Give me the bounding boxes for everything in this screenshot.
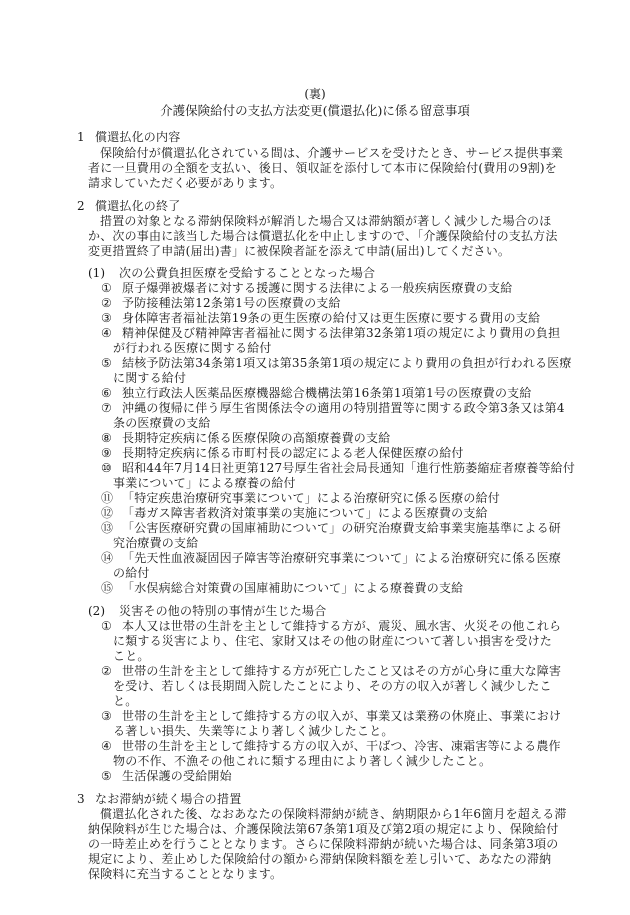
subsection-2-heading: 災害その他の特別の事情が生じた場合: [119, 604, 326, 618]
item-line: に関する給付: [113, 371, 186, 385]
section-1-number: 1: [77, 130, 85, 144]
section-2-heading: 償還払化の終了: [95, 199, 180, 213]
item-mark: ④: [101, 326, 112, 340]
item-line: 「毒ガス障害者救済対策事業の実施について」による医療費の支給: [122, 506, 488, 520]
item-line: 結核予防法第34条第1項又は第35条第1項の規定により費用の負担が行われる医療: [122, 356, 572, 370]
section-3-body-line: の一時差止めを行うこととなります。さらに保険料滞納が続いた場合は、同条第3項の: [88, 837, 558, 851]
subsection-1-heading: 次の公費負担医療を受給することとなった場合: [119, 266, 375, 280]
item-line: と。: [113, 694, 137, 708]
item-line: 条の医療費の支給: [113, 416, 211, 430]
item-mark: ⑬: [101, 521, 113, 535]
section-2-number: 2: [77, 199, 85, 213]
item-mark: ⑧: [101, 431, 112, 445]
item-line: が行われる医療に関する給付: [113, 341, 272, 355]
section-1-body-line: 保険給付が償還払化されている間は、介護サービスを受けたとき、サービス提供事業: [100, 146, 563, 160]
item-mark: ②: [101, 296, 112, 310]
section-3-heading: なお滞納が続く場合の措置: [95, 792, 241, 806]
item-line: る著しい損失、失業等により著しく減少したこと。: [113, 724, 394, 738]
item-line: 事業について」による療養の給付: [113, 476, 296, 490]
section-3-body-line: 償還払化された後、なおあなたの保険料滞納が続き、納期限から1年6箇月を超える滞: [100, 807, 567, 821]
item-mark: ⑫: [101, 506, 113, 520]
item-line: 長期特定疾病に係る医療保険の高額療養費の支給: [122, 431, 390, 445]
item-line: 世帯の生計を主として維持する方が死亡したこと又はその方が心身に重大な障害: [122, 664, 561, 678]
item-mark: ⑦: [101, 401, 112, 415]
item-mark: ⑪: [101, 491, 113, 505]
side-label: (裏): [0, 87, 630, 101]
item-mark: ⑥: [101, 386, 112, 400]
item-line: 独立行政法人医薬品医療機器総合機構法第16条第1項第1号の医療費の支給: [122, 386, 532, 400]
item-mark: ③: [101, 311, 112, 325]
subsection-1-number: (1): [88, 266, 105, 280]
item-line: 原子爆弾被爆者に対する援護に関する法律による一般疾病医療費の支給: [122, 281, 512, 295]
section-1-body-line: 請求していただく必要があります。: [88, 176, 282, 190]
item-line: 世帯の生計を主として維持する方の収入が、事業又は業務の休廃止、事業におけ: [122, 709, 561, 723]
item-mark: ①: [101, 619, 112, 633]
item-mark: ④: [101, 739, 112, 753]
item-mark: ⑨: [101, 446, 112, 460]
item-line: 「公害医療研究費の国庫補助について」の研究治療費支給事業実施基準による研: [122, 521, 561, 535]
item-line: こと。: [113, 649, 150, 663]
document-title: 介護保険給付の支払方法変更(償還払化)に係る留意事項: [0, 104, 630, 118]
item-mark: ③: [101, 709, 112, 723]
item-line: 身体障害者福祉法第19条の更生医療の給付又は更生医療に要する費用の支給: [122, 311, 540, 325]
section-3-body-line: 納保険料が生じた場合は、介護保険法第67条第1項及び第2項の規定により、保険給付: [88, 822, 559, 836]
subsection-2-number: (2): [88, 604, 105, 618]
item-line: の給付: [113, 566, 150, 580]
item-line: を受け、若しくは長期間入院したことにより、その方の収入が著しく減少したこ: [113, 679, 552, 693]
item-line: 沖縄の復帰に伴う厚生省関係法令の適用の特別措置等に関する政令第3条又は第4: [122, 401, 565, 415]
item-mark: ⑤: [101, 769, 112, 783]
item-line: 究治療費の支給: [113, 536, 198, 550]
item-line: 「特定疾患治療研究事業について」による治療研究に係る医療の給付: [122, 491, 500, 505]
item-line: 本人又は世帯の生計を主として維持する方が、震災、風水害、火災その他これら: [122, 619, 561, 633]
item-line: 「水俣病総合対策費の国庫補助について」による療養費の支給: [122, 581, 463, 595]
item-line: 昭和44年7月14日社更第127号厚生省社会局長通知「進行性筋萎縮症者療養等給付: [122, 461, 575, 475]
item-mark: ⑩: [101, 461, 112, 475]
item-mark: ②: [101, 664, 112, 678]
section-2-body-line: 措置の対象となる滞納保険料が解消した場合又は滞納額が著しく減少した場合のほ: [100, 214, 551, 228]
section-3-body-line: 規定により、差止めした保険給付の額から滞納保険料額を差し引いて、あなたの滞納: [88, 852, 551, 866]
item-line: 「先天性血液凝固因子障害等治療研究事業について」による治療研究に係る医療: [122, 551, 561, 565]
section-1-heading: 償還払化の内容: [95, 130, 180, 144]
document-page: (裏) 介護保険給付の支払方法変更(償還払化)に係る留意事項 1 償還払化の内容…: [0, 0, 630, 915]
section-1-body-line: 者に一旦費用の全額を支払い、後日、領収証を添付して本市に保険給付(費用の9割)を: [88, 161, 557, 175]
section-2-body-line: か、次の事由に該当した場合は償還払化を中止しますので、「介護保険給付の支払方法: [88, 229, 558, 243]
item-mark: ①: [101, 281, 112, 295]
item-line: 長期特定疾病に係る市町村長の認定による老人保健医療の給付: [122, 446, 464, 460]
section-3-number: 3: [77, 792, 85, 806]
section-2-body-line: 変更措置終了申請(届出)書」に被保険者証を添えて申請(届出)してください。: [88, 244, 510, 258]
item-line: 生活保護の受給開始: [122, 769, 232, 783]
item-line: 物の不作、不漁その他これに類する理由により著しく減少したこと。: [113, 754, 491, 768]
item-line: に類する災害により、住宅、家財又はその他の財産について著しい損害を受けた: [113, 634, 552, 648]
item-mark: ⑮: [101, 581, 113, 595]
item-mark: ⑤: [101, 356, 112, 370]
item-line: 予防接種法第12条第1号の医療費の支給: [122, 296, 341, 310]
item-mark: ⑭: [101, 551, 113, 565]
item-line: 精神保健及び精神障害者福祉に関する法律第32条第1項の規定により費用の負担: [122, 326, 560, 340]
section-3-body-line: 保険料に充当することとなります。: [88, 867, 282, 881]
item-line: 世帯の生計を主として維持する方の収入が、干ばつ、冷害、凍霜害等による農作: [122, 739, 561, 753]
